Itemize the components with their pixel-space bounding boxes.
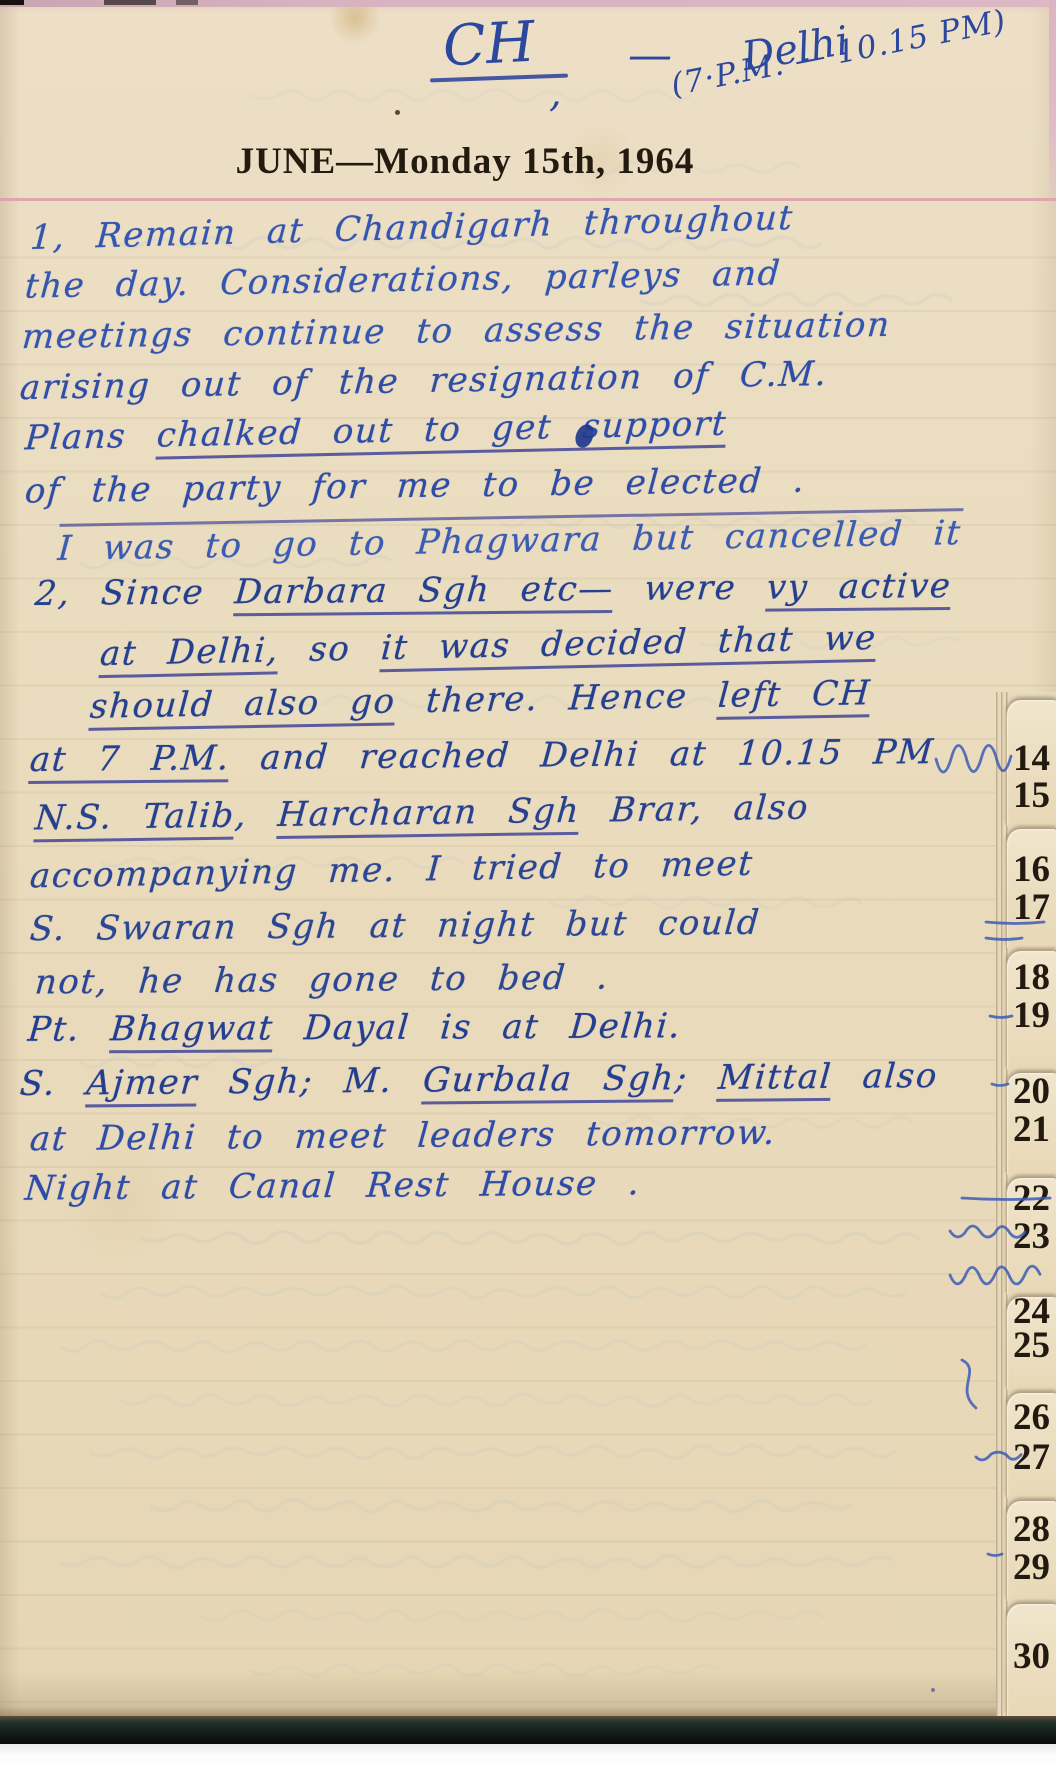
entry-line: 1, Remain at Chandigarh throughout xyxy=(29,198,795,258)
underlined-text: Harcharan Sgh xyxy=(276,791,582,839)
entry-text: S. xyxy=(18,1063,88,1104)
entry-text: Sgh; M. xyxy=(197,1060,425,1102)
entry-text: also xyxy=(831,1056,940,1097)
underlined-text: at 7 P.M. xyxy=(28,738,231,784)
entry-line: 2, Since Darbara Sgh etc— were vy active xyxy=(33,566,953,614)
underlined-text: Ajmer xyxy=(85,1062,200,1107)
entry-line: at 7 P.M. and reached Delhi at 10.15 PM xyxy=(28,732,935,780)
entry-line: meetings continue to assess the situatio… xyxy=(21,305,893,357)
entry-line: should also go there. Hence left CH xyxy=(89,673,873,727)
entry-text: 2, Since xyxy=(33,572,236,614)
underlined-text: Darbara Sgh etc— xyxy=(233,569,616,616)
scanner-background-strip xyxy=(0,1744,1056,1765)
diary-page-scan: JUNE—Monday 15th, 1964 CH , — Delhi (7·P… xyxy=(0,0,1056,1765)
entry-text: there. Hence xyxy=(394,676,719,722)
entry-line: S. Ajmer Sgh; M. Gurbala Sgh; Mittal als… xyxy=(18,1056,939,1104)
entry-line: I was to go to Phagwara but cancelled it xyxy=(56,508,963,569)
underlined-text: at Delhi, xyxy=(98,630,280,678)
entry-line: the day. Considerations, parleys and xyxy=(24,253,783,306)
entry-text: Dayal is at Delhi. xyxy=(272,1006,683,1048)
entry-text: were xyxy=(612,568,768,609)
underlined-text: it was decided that we xyxy=(379,618,878,672)
entry-line: Pt. Bhagwat Dayal is at Delhi. xyxy=(26,1006,683,1049)
underlined-text: Mittal xyxy=(717,1057,834,1102)
entry-text: , xyxy=(233,795,279,836)
entry-text: Night at Canal Rest House . xyxy=(23,1163,642,1208)
underlined-text: left CH xyxy=(716,673,872,720)
entry-line: N.S. Talib, Harcharan Sgh Brar, also xyxy=(34,788,811,839)
underlined-text: Bhagwat xyxy=(109,1008,276,1053)
entry-text: Brar, also xyxy=(579,788,811,831)
underlined-text: N.S. Talib xyxy=(33,796,236,843)
entry-line: at Delhi, so it was decided that we xyxy=(99,618,878,674)
underlined-text: vy active xyxy=(765,566,953,612)
entry-text: I was to go to Phagwara but cancelled it xyxy=(56,513,962,569)
entry-text: 1, Remain at Chandigarh throughout xyxy=(29,198,795,258)
entry-line: arising out of the resignation of C.M. xyxy=(19,354,829,408)
entry-text: S. Swaran Sgh at night but could xyxy=(28,903,762,949)
entry-line: Night at Canal Rest House . xyxy=(23,1163,642,1208)
underlined-text: chalked out to get support xyxy=(155,404,728,460)
book-edge-band xyxy=(0,1716,1056,1744)
entry-text: the day. Considerations, parleys and xyxy=(24,253,783,306)
entry-text: Pt. xyxy=(26,1009,112,1049)
entry-text: Plans xyxy=(24,416,158,459)
entry-text: not, he has gone to bed . xyxy=(33,957,610,1002)
entry-text: ; xyxy=(673,1058,720,1098)
entry-text: so xyxy=(278,628,383,670)
entry-line: S. Swaran Sgh at night but could xyxy=(28,903,762,949)
entry-text: of the party for me to be elected . xyxy=(24,461,807,512)
entry-text: arising out of the resignation of C.M. xyxy=(19,354,829,408)
entry-line: accompanying me. I tried to meet xyxy=(29,844,755,897)
underlined-text: Gurbala Sgh xyxy=(421,1058,676,1104)
underlined-text: should also go xyxy=(88,681,397,730)
entry-line: not, he has gone to bed . xyxy=(33,957,610,1002)
entry-text: at Delhi to meet leaders tomorrow. xyxy=(28,1113,777,1160)
entry-text: meetings continue to assess the situatio… xyxy=(21,305,893,357)
entry-text: and reached Delhi at 10.15 PM xyxy=(228,732,935,778)
diary-entry: 1, Remain at Chandigarh throughoutthe da… xyxy=(0,0,1056,1716)
entry-line: of the party for me to be elected . xyxy=(24,461,807,512)
entry-line: at Delhi to meet leaders tomorrow. xyxy=(28,1113,777,1160)
entry-text: accompanying me. I tried to meet xyxy=(29,844,755,897)
entry-line: Plans chalked out to get support xyxy=(24,404,729,459)
